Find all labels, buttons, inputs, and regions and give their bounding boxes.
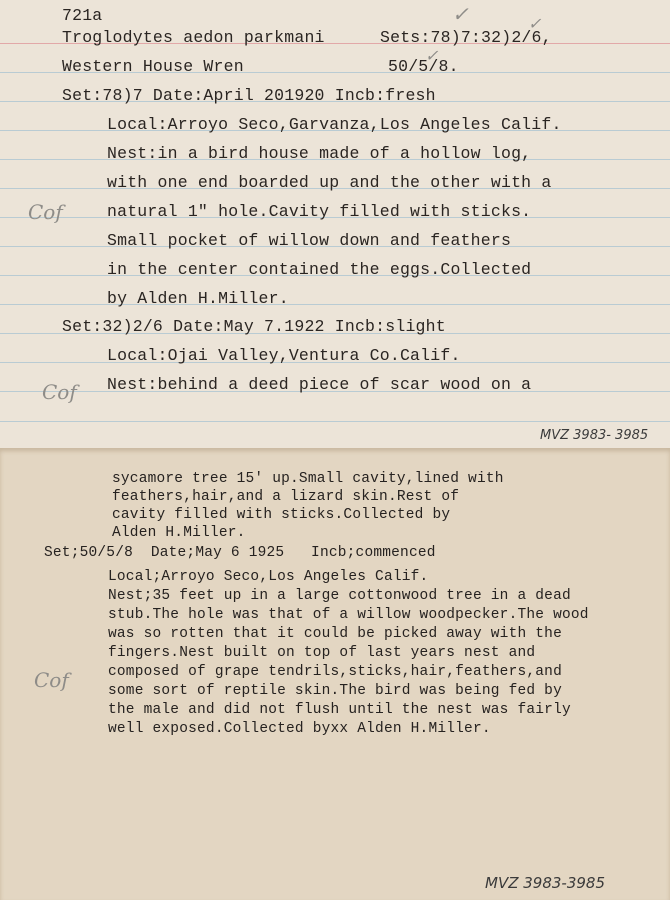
- nest-text: some sort of reptile skin.The bird was b…: [108, 683, 562, 699]
- nest-text: Small pocket of willow down and feathers: [107, 231, 511, 250]
- check-mark-icon: ✓: [528, 14, 541, 33]
- collector: by Alden H.Miller.: [107, 289, 289, 308]
- blue-rule: [0, 304, 670, 305]
- index-card-top: 721a Troglodytes aedon parkmani Sets:78)…: [0, 0, 670, 448]
- nest-text: Nest:in a bird house made of a hollow lo…: [107, 144, 531, 163]
- locality: Local:Ojai Valley,Ventura Co.Calif.: [107, 346, 461, 365]
- set-line: Set:32)2/6 Date:May 7.1922 Incb:slight: [62, 317, 446, 336]
- species-name: Troglodytes aedon parkmani: [62, 28, 325, 47]
- catalog-reference: MVZ 3983- 3985: [540, 428, 648, 443]
- sets-summary-2: 50/5/8.: [388, 57, 459, 76]
- continuation-text: feathers,hair,and a lizard skin.Rest of: [112, 489, 459, 505]
- common-name: Western House Wren: [62, 57, 244, 76]
- nest-text: with one end boarded up and the other wi…: [107, 173, 551, 192]
- nest-text: composed of grape tendrils,sticks,hair,f…: [108, 664, 562, 680]
- margin-note: Cof: [42, 380, 77, 404]
- nest-text: in the center contained the eggs.Collect…: [107, 260, 531, 279]
- collector: well exposed.Collected byxx Alden H.Mill…: [108, 721, 491, 737]
- continuation-text: cavity filled with sticks.Collected by: [112, 507, 450, 523]
- locality: Local:Arroyo Seco,Garvanza,Los Angeles C…: [107, 115, 562, 134]
- nest-text: was so rotten that it could be picked aw…: [108, 626, 562, 642]
- nest-text: fingers.Nest built on top of last years …: [108, 645, 535, 661]
- catalog-reference: MVZ 3983-3985: [485, 874, 605, 892]
- set-line: Set;50/5/8 Date;May 6 1925 Incb;commence…: [44, 545, 436, 561]
- set-line: Set:78)7 Date:April 201920 Incb:fresh: [62, 86, 436, 105]
- margin-note: Cof: [34, 668, 69, 692]
- margin-note: Cof: [28, 200, 63, 224]
- blue-rule: [0, 421, 670, 422]
- nest-text: the male and did not flush until the nes…: [108, 702, 571, 718]
- nest-text: Nest;35 feet up in a large cottonwood tr…: [108, 588, 571, 604]
- continuation-text: sycamore tree 15' up.Small cavity,lined …: [112, 471, 504, 487]
- locality: Local;Arroyo Seco,Los Angeles Calif.: [108, 569, 428, 585]
- index-card-bottom: sycamore tree 15' up.Small cavity,lined …: [0, 448, 670, 900]
- nest-text: stub.The hole was that of a willow woodp…: [108, 607, 589, 623]
- check-mark-icon: ✓: [425, 46, 438, 65]
- nest-text: natural 1" hole.Cavity filled with stick…: [107, 202, 531, 221]
- nest-text: Nest:behind a deed piece of scar wood on…: [107, 375, 531, 394]
- catalog-number: 721a: [62, 6, 102, 25]
- check-mark-icon: ✓: [452, 2, 469, 26]
- sets-summary: Sets:78)7:32)2/6,: [380, 28, 552, 47]
- collector: Alden H.Miller.: [112, 525, 246, 541]
